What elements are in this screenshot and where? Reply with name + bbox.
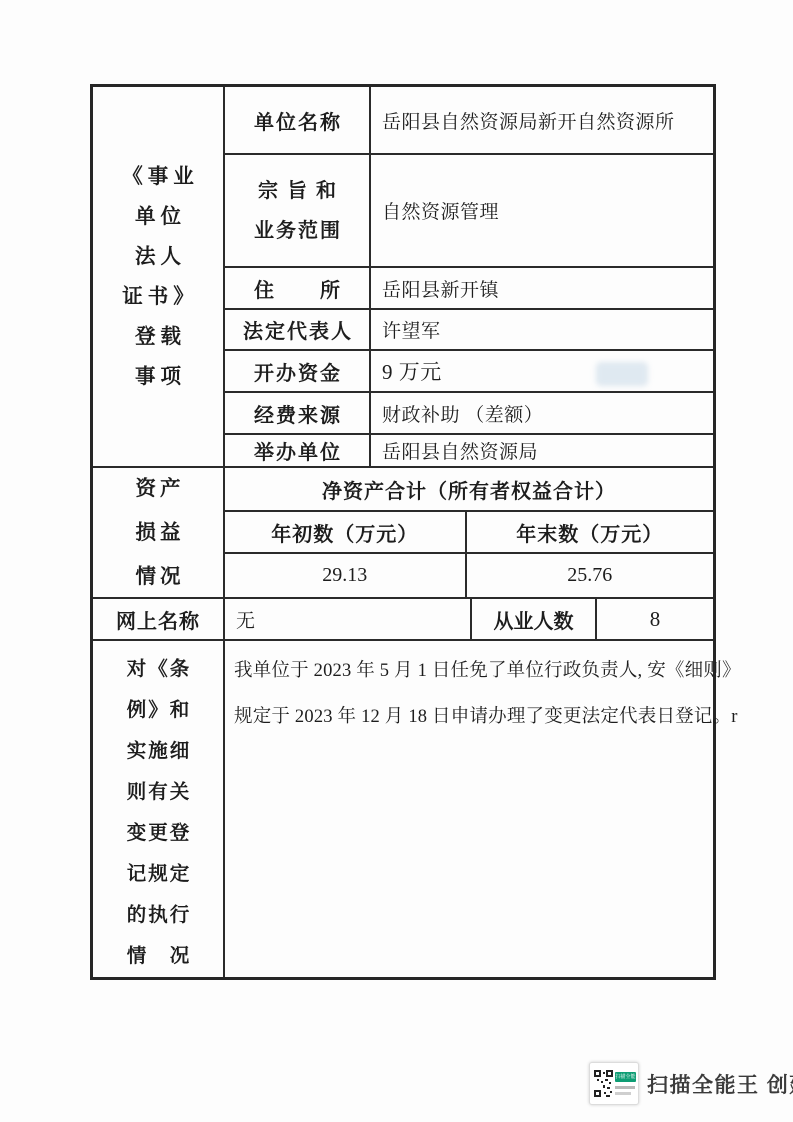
opening-funds-label: 开办资金	[225, 351, 371, 391]
camscanner-logo-subtext-line	[615, 1086, 635, 1089]
year-end-value: 25.76	[467, 554, 713, 597]
certificate-rows: 单位名称 岳阳县自然资源局新开自然资源所 宗 旨 和 业务范围 自然资源管理 住…	[225, 87, 713, 466]
side-label-line: 损益	[132, 511, 185, 555]
year-end-header: 年末数（万元）	[467, 512, 713, 552]
online-name-value: 无	[225, 599, 472, 639]
year-start-value: 29.13	[225, 554, 467, 597]
assets-column-headers: 年初数（万元） 年末数（万元）	[225, 512, 713, 554]
camscanner-logo-subtext-line	[615, 1092, 631, 1095]
scanned-document-page: 《事业 单位 法人 证书》 登载 事项 单位名称 岳阳县自然资源局新开自然资源所…	[0, 0, 793, 1122]
compliance-section: 对《条 例》和 实施细 则有关 变更登 记规定 的执行 情 况 我单位于 202…	[93, 639, 713, 977]
side-label-line: 的执行	[125, 895, 192, 936]
staff-count-value: 8	[597, 599, 713, 639]
side-label-line: 变更登	[125, 813, 192, 854]
legal-representative-label: 法定代表人	[225, 310, 371, 349]
table-row-legal-representative: 法定代表人 许望军	[225, 310, 713, 351]
side-label-line: 记规定	[125, 854, 192, 895]
compliance-statement-line1: 我单位于 2023 年 5 月 1 日任免了单位行政负责人, 安《细则》	[234, 648, 741, 694]
funding-source-label: 经费来源	[225, 393, 371, 433]
registration-table: 《事业 单位 法人 证书》 登载 事项 单位名称 岳阳县自然资源局新开自然资源所…	[90, 84, 716, 980]
certificate-side-header: 《事业 单位 法人 证书》 登载 事项	[93, 87, 225, 466]
side-label-line: 则有关	[125, 772, 192, 813]
purpose-scope-label-line1: 宗 旨 和	[256, 171, 338, 211]
assets-grid: 净资产合计（所有者权益合计） 年初数（万元） 年末数（万元） 29.13 25.…	[225, 468, 713, 597]
compliance-statement-line2: 规定于 2023 年 12 月 18 日申请办理了变更法定代表日登记。r	[234, 694, 741, 740]
table-row-purpose-scope: 宗 旨 和 业务范围 自然资源管理	[225, 155, 713, 268]
compliance-side-header: 对《条 例》和 实施细 则有关 变更登 记规定 的执行 情 况	[93, 641, 225, 977]
assets-section: 资产 损益 情况 净资产合计（所有者权益合计） 年初数（万元） 年末数（万元） …	[93, 466, 713, 597]
camscanner-logo: 扫描全能王	[589, 1062, 639, 1105]
unit-name-value: 岳阳县自然资源局新开自然资源所	[371, 87, 713, 153]
table-row-funding-source: 经费来源 财政补助 （差额）	[225, 393, 713, 435]
table-row-address: 住 所 岳阳县新开镇	[225, 268, 713, 310]
camscanner-qr-icon	[594, 1070, 613, 1097]
address-value: 岳阳县新开镇	[371, 268, 713, 308]
assets-side-header: 资产 损益 情况	[93, 468, 225, 597]
legal-representative-value: 许望军	[371, 310, 713, 349]
camscanner-badge: 扫描全能王	[615, 1072, 636, 1082]
purpose-scope-label-line2: 业务范围	[252, 211, 342, 251]
online-name-label: 网上名称	[93, 599, 225, 639]
side-label-line: 情 况	[125, 936, 192, 977]
purpose-scope-value: 自然资源管理	[371, 155, 713, 266]
sponsor-unit-value: 岳阳县自然资源局	[371, 435, 713, 466]
side-label-line: 实施细	[125, 731, 192, 772]
side-label-line: 例》和	[125, 690, 192, 731]
certificate-section: 《事业 单位 法人 证书》 登载 事项 单位名称 岳阳县自然资源局新开自然资源所…	[93, 87, 713, 466]
compliance-statement: 我单位于 2023 年 5 月 1 日任免了单位行政负责人, 安《细则》 规定于…	[225, 641, 751, 977]
camscanner-watermark-text: 扫描全能王 创建	[647, 1069, 793, 1099]
side-label-line: 事项	[130, 357, 186, 397]
table-row-sponsor-unit: 举办单位 岳阳县自然资源局	[225, 435, 713, 466]
side-label-line: 法人	[130, 237, 186, 277]
staff-count-label: 从业人数	[472, 599, 597, 639]
online-name-row: 网上名称 无 从业人数 8	[93, 597, 713, 639]
side-label-line: 登载	[130, 317, 186, 357]
opening-funds-value: 9 万元	[371, 351, 713, 391]
year-start-header: 年初数（万元）	[225, 512, 467, 552]
table-row-unit-name: 单位名称 岳阳县自然资源局新开自然资源所	[225, 87, 713, 155]
sponsor-unit-label: 举办单位	[225, 435, 371, 466]
side-label-line: 资产	[132, 467, 185, 511]
side-label-line: 情况	[132, 555, 185, 599]
net-assets-header: 净资产合计（所有者权益合计）	[225, 468, 713, 512]
faint-watermark-smudge	[596, 362, 648, 386]
funding-source-value: 财政补助 （差额）	[371, 393, 713, 433]
purpose-scope-label: 宗 旨 和 业务范围	[225, 155, 371, 266]
unit-name-label: 单位名称	[225, 87, 371, 153]
side-label-line: 证书》	[117, 277, 199, 317]
side-label-line: 单位	[130, 197, 186, 237]
side-label-line: 《事业	[117, 157, 199, 197]
address-label: 住 所	[225, 268, 371, 308]
side-label-line: 对《条	[125, 649, 192, 690]
assets-values-row: 29.13 25.76	[225, 554, 713, 597]
